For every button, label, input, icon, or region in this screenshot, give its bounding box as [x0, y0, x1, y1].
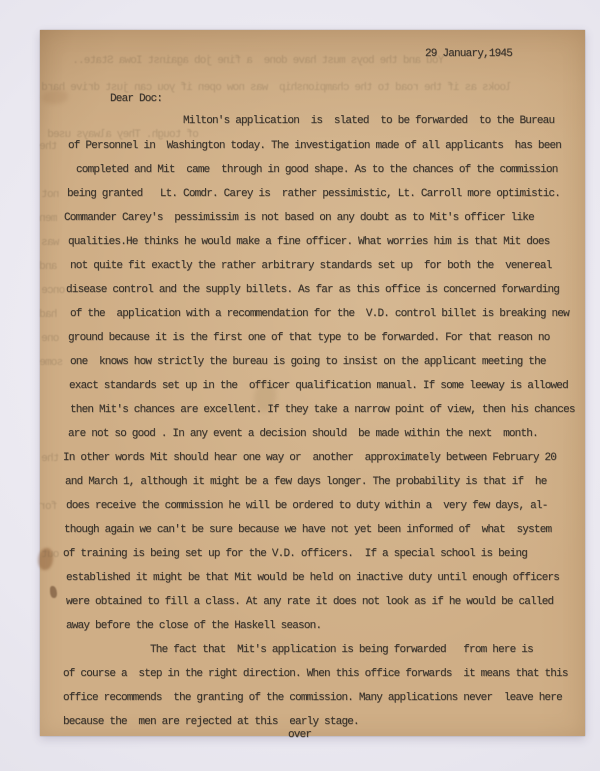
- bleed-through-text: one: [42, 334, 59, 345]
- typed-line: one knows how strictly the bureau is goi…: [70, 357, 546, 368]
- typed-line: Commander Carey's pessimissim is not bas…: [64, 213, 534, 224]
- bleed-through-text: men: [40, 214, 57, 225]
- typed-line: qualities.He thinks he would make a fine…: [68, 237, 550, 248]
- typed-line: of the application with a recommendation…: [70, 309, 569, 320]
- typed-line: In other words Mit should hear one way o…: [63, 453, 556, 464]
- typed-line: Milton's application is slated to be for…: [183, 116, 554, 127]
- bleed-through-text: not: [42, 190, 59, 201]
- bleed-through-text: once: [42, 286, 65, 297]
- typed-line: The fact that Mit's application is being…: [150, 645, 533, 656]
- bleed-through-text: for: [40, 502, 57, 513]
- typed-line: exact standards set up in the officer qu…: [69, 381, 568, 392]
- typed-line: not quite fit exactly the rather arbitra…: [70, 261, 552, 272]
- typed-line: of training is being set up for the V.D.…: [63, 549, 527, 560]
- bleed-through-text: had: [40, 310, 57, 321]
- letter-page: You and the boys must have done a fine j…: [40, 30, 585, 736]
- typed-line: being granted Lt. Comdr. Carey is rather…: [67, 189, 560, 200]
- bleed-through-text: some: [40, 358, 63, 369]
- typed-line: were obtained to fill a class. At any ra…: [66, 597, 553, 608]
- typed-line: then Mit's chances are excellent. If the…: [70, 405, 575, 416]
- bleed-through-text: the: [40, 142, 57, 153]
- typed-line: because the men are rejected at this ear…: [63, 717, 359, 728]
- bleed-through-text: and: [40, 262, 57, 273]
- typed-line: of course a step in the right direction.…: [63, 669, 568, 680]
- letter-date: 29 January,1945: [425, 49, 512, 60]
- bleed-through-text: the: [42, 454, 59, 465]
- bleed-through-text: You and the boys must have done a fine j…: [73, 56, 444, 67]
- typed-line: ground because it is the first one of th…: [68, 333, 550, 344]
- salutation: Dear Doc:: [110, 94, 162, 105]
- scan-backdrop: You and the boys must have done a fine j…: [0, 0, 600, 771]
- typed-line: does receive the commission he will be o…: [66, 501, 548, 512]
- typed-line: established it might be that Mit would b…: [66, 573, 559, 584]
- typed-line: and March 1, although it might be a few …: [65, 477, 547, 488]
- paper-stain: [50, 586, 57, 598]
- bleed-through-text: was: [42, 238, 59, 249]
- typed-line: away before the close of the Haskell sea…: [66, 621, 321, 632]
- page-turn-note: over: [288, 730, 311, 741]
- bleed-through-text: out: [42, 550, 59, 561]
- typed-line: office recommends the granting of the co…: [63, 693, 562, 704]
- typed-line: completed and Mit came through in good s…: [76, 165, 558, 176]
- typed-line: are not so good . In any event a decisio…: [68, 429, 538, 440]
- typed-line: of Personnel in Washington today. The in…: [68, 141, 561, 152]
- typed-line: though again we can't be sure because we…: [64, 525, 551, 536]
- typed-line: disease control and the supply billets. …: [66, 285, 559, 296]
